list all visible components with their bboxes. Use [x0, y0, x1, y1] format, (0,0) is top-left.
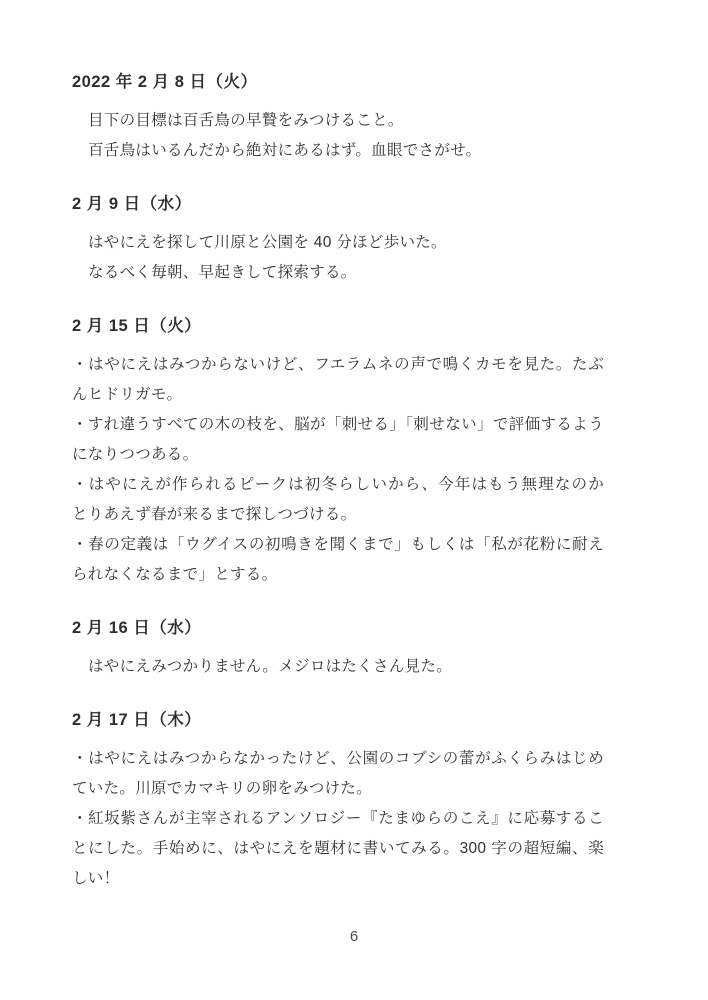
entry-line: 百舌鳥はいるんだから絶対にあるはず。血眼でさがせ。 — [72, 136, 604, 166]
diary-entry: 2 月 9 日（水）はやにえを探して川原と公園を 40 分ほど歩いた。なるべく毎… — [72, 194, 604, 288]
entry-line: ・すれ違うすべての木の枝を、脳が「刺せる」「刺せない」で評価するよう — [72, 410, 604, 440]
entry-date: 2 月 9 日（水） — [72, 194, 604, 214]
entry-line: ・はやにえはみつからないけど、フエラムネの声で鳴くカモを見た。たぶ — [72, 350, 604, 380]
entry-line: はやにえみつかりません。メジロはたくさん見た。 — [72, 652, 604, 682]
diary-entry: 2 月 16 日（水）はやにえみつかりません。メジロはたくさん見た。 — [72, 618, 604, 682]
entry-line: とにした。手始めに、はやにえを題材に書いてみる。300 字の超短編、楽 — [72, 834, 604, 864]
entry-line: ていた。川原でカマキリの卵をみつけた。 — [72, 774, 604, 804]
entry-line: んヒドリガモ。 — [72, 380, 604, 410]
entry-line: はやにえを探して川原と公園を 40 分ほど歩いた。 — [72, 228, 604, 258]
entry-line: ・春の定義は「ウグイスの初鳴きを聞くまで」もしくは「私が花粉に耐え — [72, 530, 604, 560]
diary-entry: 2 月 15 日（火）・はやにえはみつからないけど、フエラムネの声で鳴くカモを見… — [72, 316, 604, 590]
entry-date: 2 月 16 日（水） — [72, 618, 604, 638]
entry-date: 2022 年 2 月 8 日（火） — [72, 72, 604, 92]
entry-line: ・はやにえはみつからなかったけど、公園のコブシの蕾がふくらみはじめ — [72, 744, 604, 774]
entry-line: ・紅坂紫さんが主宰されるアンソロジー『たまゆらのこえ』に応募するこ — [72, 804, 604, 834]
diary-entry: 2022 年 2 月 8 日（火）目下の目標は百舌鳥の早贄をみつけること。百舌鳥… — [72, 72, 604, 166]
document-page: 2022 年 2 月 8 日（火）目下の目標は百舌鳥の早贄をみつけること。百舌鳥… — [0, 0, 708, 1000]
entry-date: 2 月 17 日（木） — [72, 710, 604, 730]
entry-line: とりあえず春が来るまで探しつづける。 — [72, 500, 604, 530]
page-number: 6 — [0, 928, 708, 945]
entry-line: になりつつある。 — [72, 440, 604, 470]
entry-date: 2 月 15 日（火） — [72, 316, 604, 336]
entry-line: 目下の目標は百舌鳥の早贄をみつけること。 — [72, 106, 604, 136]
entry-line: しい！ — [72, 864, 604, 894]
diary-entry: 2 月 17 日（木）・はやにえはみつからなかったけど、公園のコブシの蕾がふくら… — [72, 710, 604, 894]
diary-entries: 2022 年 2 月 8 日（火）目下の目標は百舌鳥の早贄をみつけること。百舌鳥… — [72, 72, 604, 894]
entry-line: ・はやにえが作られるピークは初冬らしいから、今年はもう無理なのかも。 — [72, 470, 604, 500]
entry-line: なるべく毎朝、早起きして探索する。 — [72, 258, 604, 288]
entry-line: られなくなるまで」とする。 — [72, 560, 604, 590]
